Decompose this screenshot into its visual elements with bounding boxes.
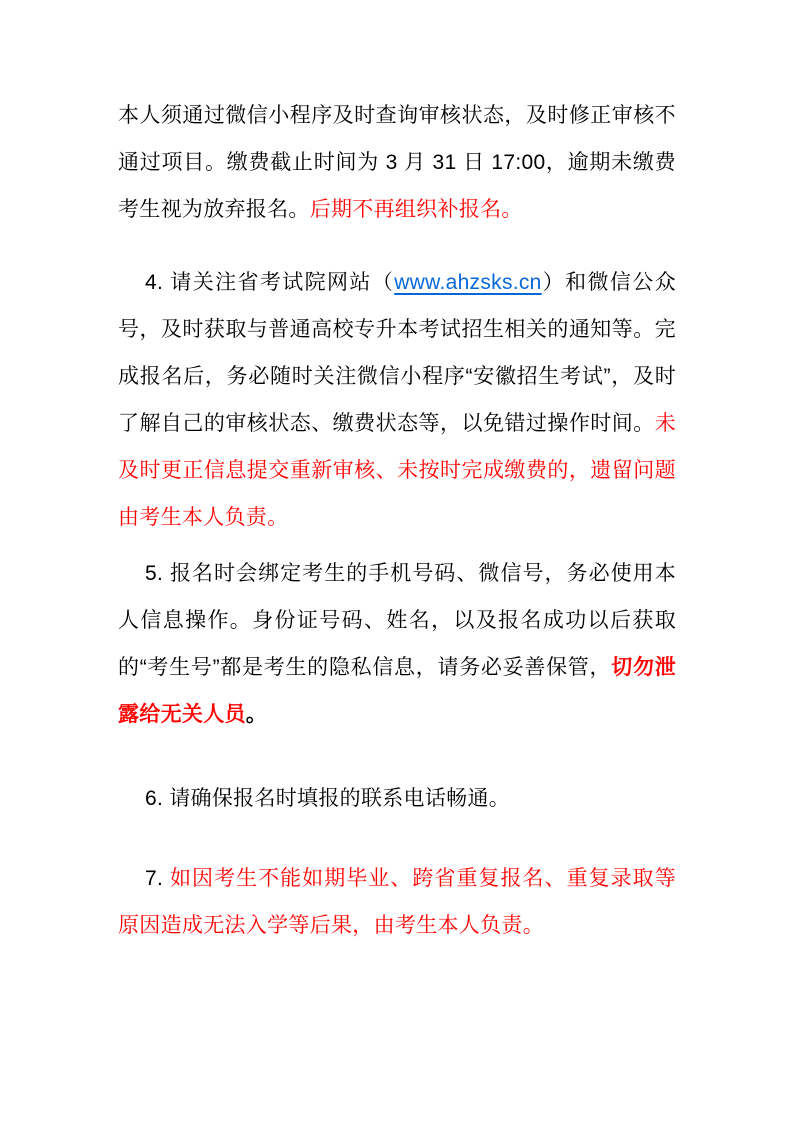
body-text: 6. 请确保报名时填报的联系电话畅通。 [145, 787, 510, 810]
para-item-5-privacy: 5. 报名时会绑定考生的手机号码、微信号，务必使用本人信息操作。身份证号码、姓名… [118, 550, 676, 738]
document-page: 本人须通过微信小程序及时查询审核状态，及时修正审核不通过项目。缴费截止时间为 3… [0, 0, 793, 1122]
body-text: 。 [246, 703, 267, 726]
para-item-7-responsibility: 7. 如因考生不能如期毕业、跨省重复报名、重复录取等原因造成无法入学等后果，由考… [118, 855, 676, 949]
para-item-4-website-notice: 4. 请关注省考试院网站（www.ahzsks.cn）和微信公众号，及时获取与普… [118, 259, 676, 541]
body-text: 4. 请关注省考试院网站（ [145, 271, 394, 294]
para-audit-and-payment-deadline: 本人须通过微信小程序及时查询审核状态，及时修正审核不通过项目。缴费截止时间为 3… [118, 92, 676, 233]
body-text: 7. [145, 867, 170, 890]
website-link[interactable]: www.ahzsks.cn [394, 271, 541, 294]
para-item-6-phone: 6. 请确保报名时填报的联系电话畅通。 [118, 775, 676, 822]
body-text: ）和微信公众号，及时获取与普通高校专升本考试招生相关的通知等。完成报名后，务必随… [118, 271, 676, 435]
red-emphasis-text: 后期不再组织补报名。 [310, 198, 523, 221]
body-text: 5. 报名时会绑定考生的手机号码、微信号，务必使用本人信息操作。身份证号码、姓名… [118, 562, 676, 679]
red-emphasis-text: 如因考生不能如期毕业、跨省重复报名、重复录取等原因造成无法入学等后果，由考生本人… [118, 867, 676, 937]
document-body: 本人须通过微信小程序及时查询审核状态，及时修正审核不通过项目。缴费截止时间为 3… [118, 92, 676, 949]
